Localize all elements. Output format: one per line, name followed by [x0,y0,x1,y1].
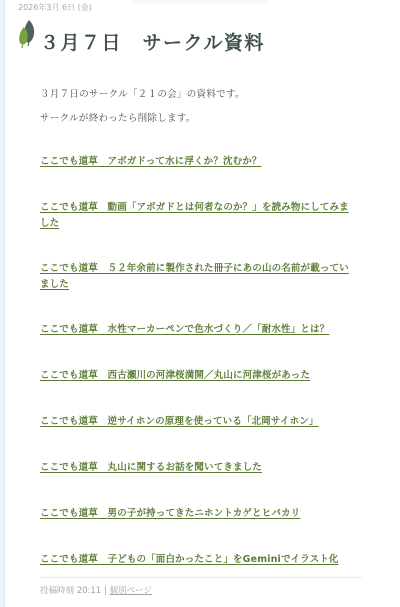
article-link-lizard-snake[interactable]: ここでも道草 男の子が持ってきたニホントカゲとヒバカリ [40,506,358,522]
intro-text-2: サークルが終わったら削除します。 [40,110,196,124]
article-link-avocado-video[interactable]: ここでも道草 動画「アボガドとは何者なのか？」を読み物にしてみました [40,200,358,232]
page-left-border [0,0,5,607]
article-link-gemini-illustration[interactable]: ここでも道草 子どもの「面白かったこと」をGeminiでイラスト化 [40,552,358,568]
footer-divider [40,577,362,578]
post-date: 2026年3月 6日 (金) [18,2,92,13]
article-link-marker-pen[interactable]: ここでも道草 水性マーカーペンで色水づくり／「耐水性」とは？ [40,322,358,338]
intro-text-1: ３月７日のサークル「２１の会」の資料です。 [40,86,245,100]
footer-separator: | [104,586,107,596]
article-link-siphon[interactable]: ここでも道草 逆サイホンの原理を使っている「北岡サイホン」 [40,414,358,430]
top-shadow [130,0,270,6]
article-link-booklet[interactable]: ここでも道草 ５２年余前に製作された冊子にあの山の名前が載っていました [40,261,358,293]
posted-label: 投稿時刻 [40,586,74,596]
article-link-kawazu-sakura[interactable]: ここでも道草 西古瀬川の河津桜満開／丸山に河津桜があった [40,368,358,384]
posted-time: 20:11 [77,586,102,596]
article-link-maruyama-story[interactable]: ここでも道草 丸山に関するお話を聞いてきました [40,460,358,476]
post-title: ３月７日 サークル資料 [40,28,265,55]
article-link-avocado-float[interactable]: ここでも道草 アボガドって水に浮くか？沈むか？ [40,154,358,170]
leaf-icon [18,19,36,49]
post-footer: 投稿時刻 20:11 | 個別ページ [40,584,152,596]
permalink-link[interactable]: 個別ページ [110,586,152,596]
post-title-row: ３月７日 サークル資料 [18,18,265,54]
